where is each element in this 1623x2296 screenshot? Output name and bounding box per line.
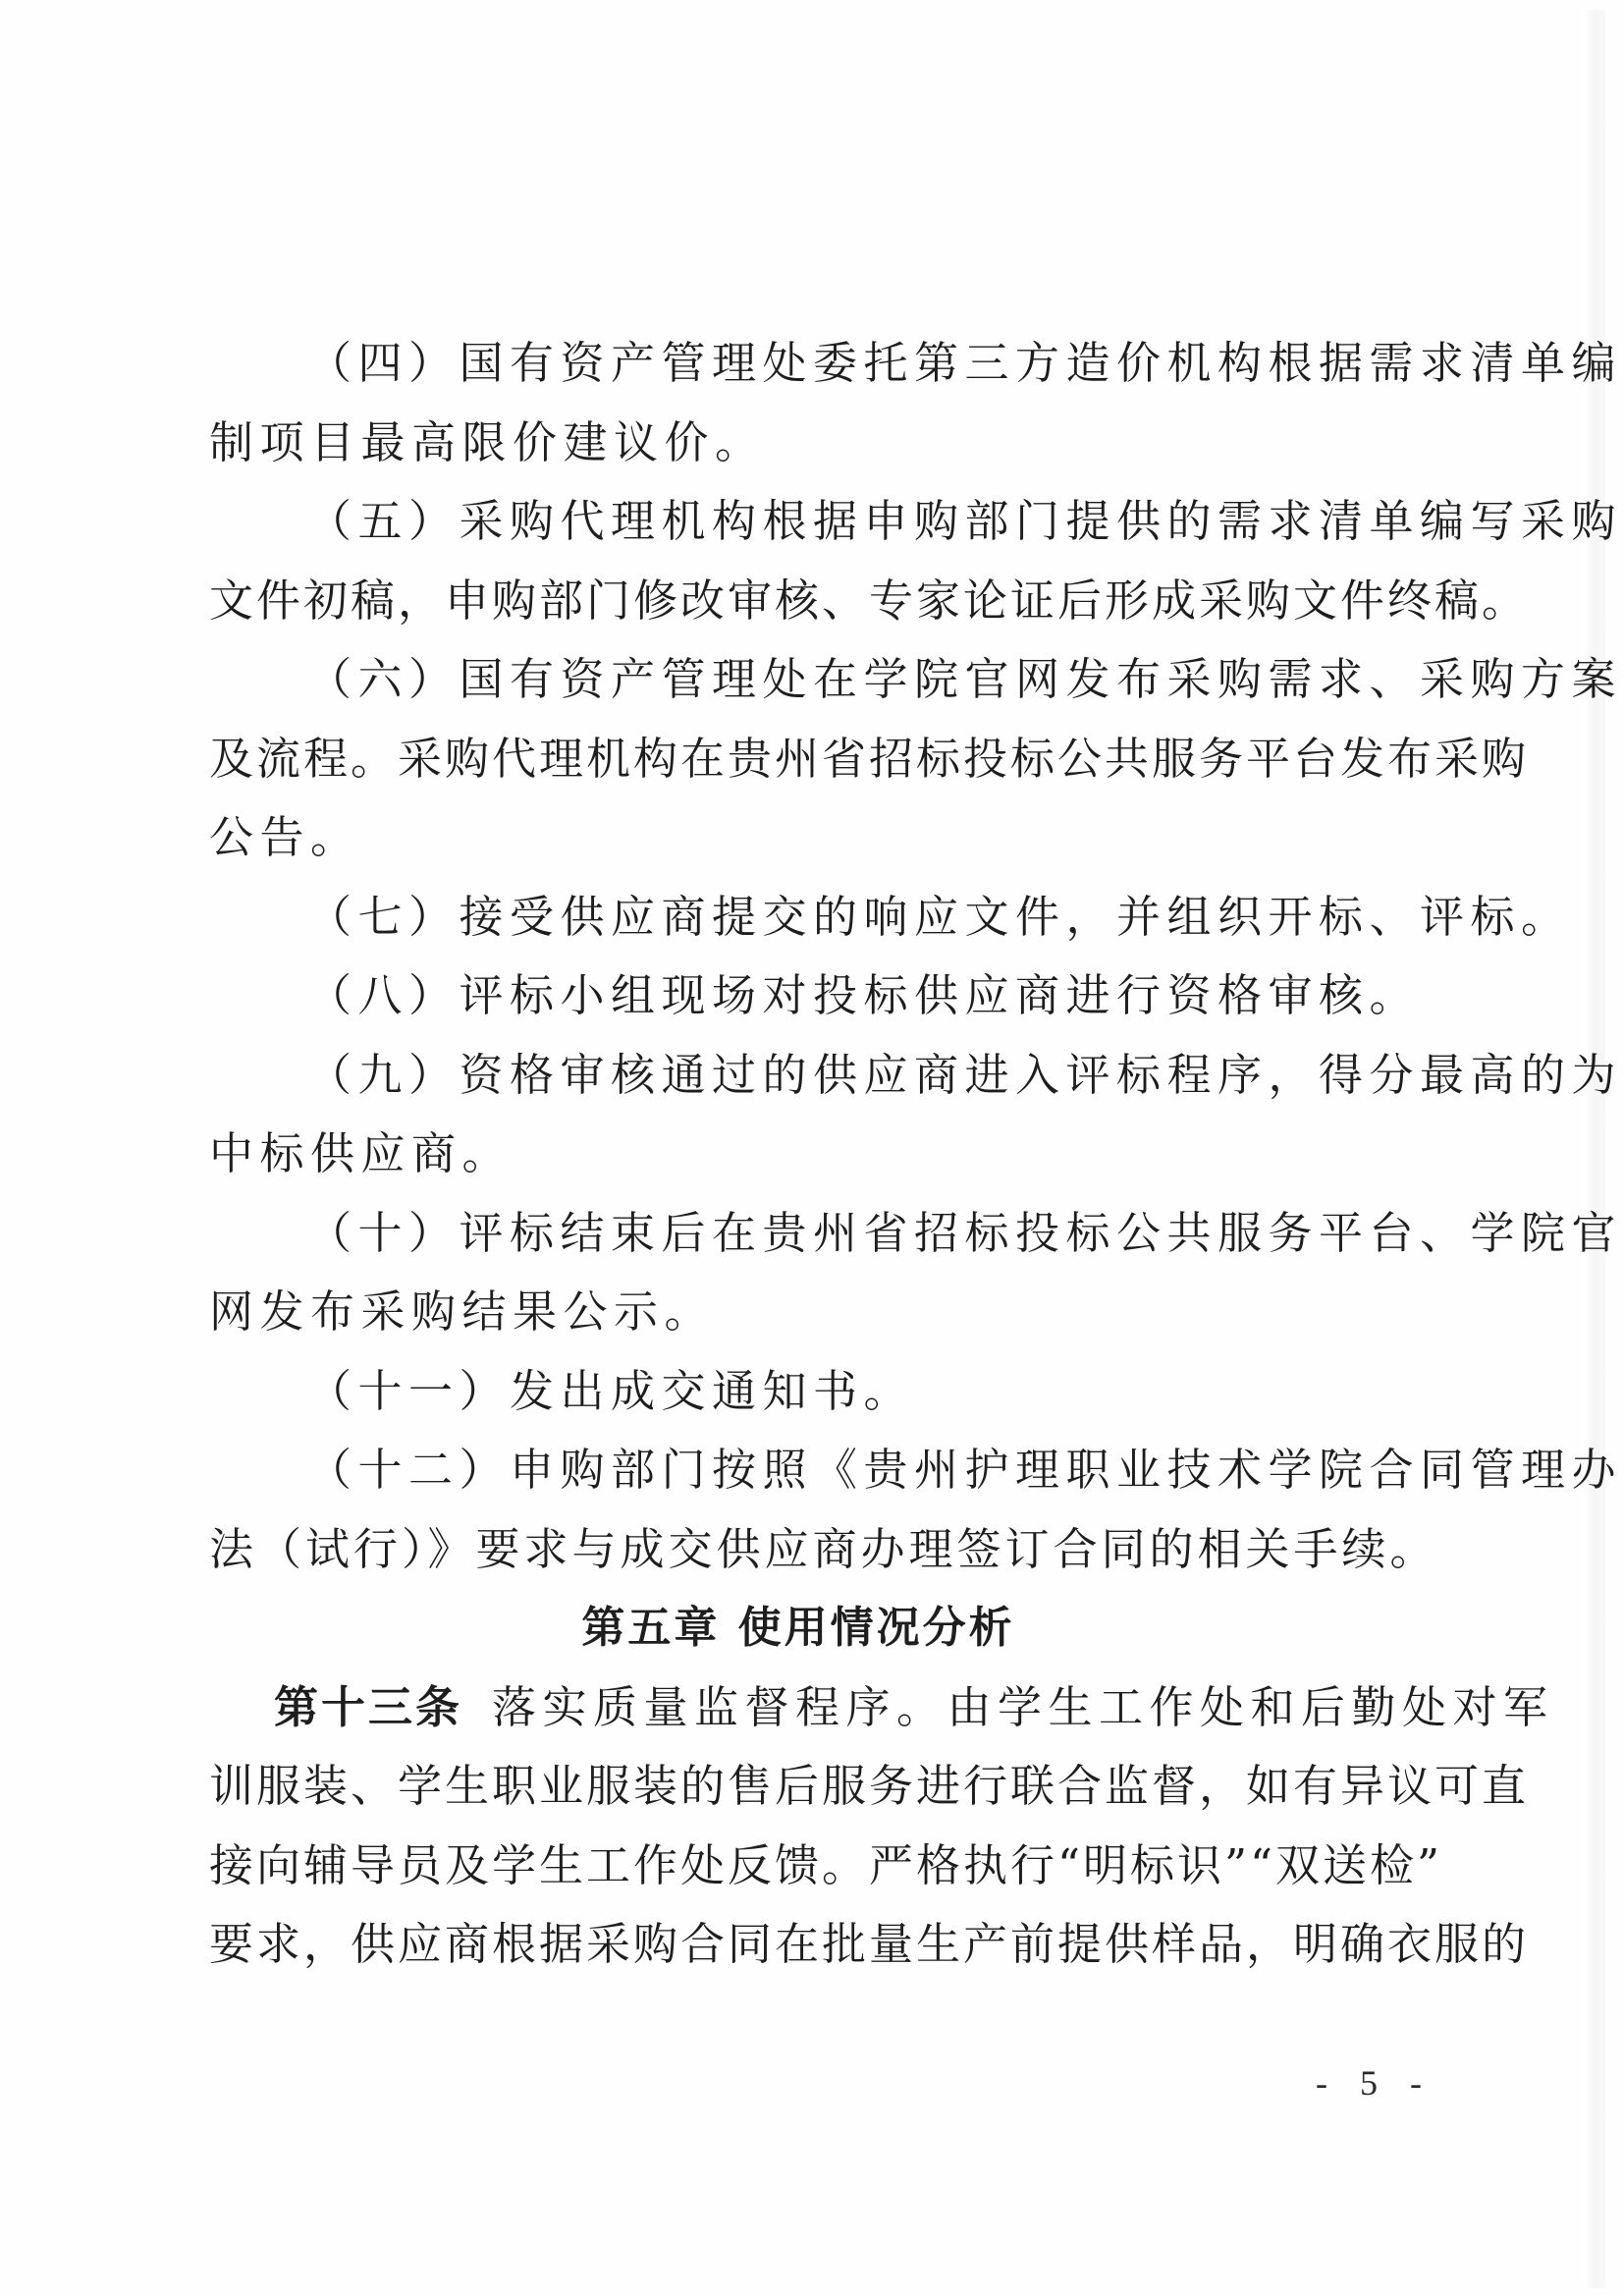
paragraph-line: （八）评标小组现场对投标供应商进行资格审核。: [209, 957, 1427, 1036]
paragraph-line: 接向辅导员及学生工作处反馈。严格执行“明标识”“双送检”: [209, 1827, 1427, 1906]
paragraph-line: 要求，供应商根据采购合同在批量生产前提供样品，明确衣服的: [209, 1905, 1427, 1985]
paragraph-line: 及流程。采购代理机构在贵州省招标投标公共服务平台发布采购: [209, 720, 1427, 799]
paragraph-line: （七）接受供应商提交的响应文件，并组织开标、评标。: [209, 878, 1427, 957]
paragraph-line: 文件初稿，申购部门修改审核、专家论证后形成采购文件终稿。: [209, 562, 1427, 641]
paragraph-line: 公告。: [209, 798, 1427, 878]
paragraph-line: 制项目最高限价建议价。: [209, 404, 1427, 483]
document-page: （四）国有资产管理处委托第三方造价机构根据需求清单编 制项目最高限价建议价。 （…: [0, 0, 1623, 2296]
paragraph-line: 中标供应商。: [209, 1115, 1427, 1194]
paragraph-line: 法（试行）》要求与成交供应商办理签订合同的相关手续。: [209, 1510, 1427, 1590]
document-body: （四）国有资产管理处委托第三方造价机构根据需求清单编 制项目最高限价建议价。 （…: [209, 324, 1427, 1985]
paragraph-line: （九）资格审核通过的供应商进入评标程序，得分最高的为: [209, 1036, 1427, 1116]
paragraph-line: 训服装、学生职业服装的售后服务进行联合监督，如有异议可直: [209, 1747, 1427, 1827]
paragraph-line: （六）国有资产管理处在学院官网发布采购需求、采购方案: [209, 640, 1427, 720]
paragraph-line: （五）采购代理机构根据申购部门提供的需求清单编写采购: [209, 482, 1427, 562]
paragraph-line: （十）评标结束后在贵州省招标投标公共服务平台、学院官: [209, 1194, 1427, 1274]
page-number: - 5 -: [1316, 2062, 1434, 2104]
chapter-heading: 第五章 使用情况分析: [209, 1589, 1427, 1668]
paragraph-line: （四）国有资产管理处委托第三方造价机构根据需求清单编: [209, 324, 1427, 404]
article-first-line-text: 落实质量监督程序。由学生工作处和后勤处对军: [492, 1681, 1554, 1733]
paragraph-line: （十一）发出成交通知书。: [209, 1352, 1427, 1432]
paragraph-line: （十二）申购部门按照《贵州护理职业技术学院合同管理办: [209, 1431, 1427, 1510]
article-first-line: 第十三条落实质量监督程序。由学生工作处和后勤处对军: [209, 1668, 1427, 1748]
paragraph-line: 网发布采购结果公示。: [209, 1273, 1427, 1352]
article-label: 第十三条: [274, 1681, 462, 1733]
